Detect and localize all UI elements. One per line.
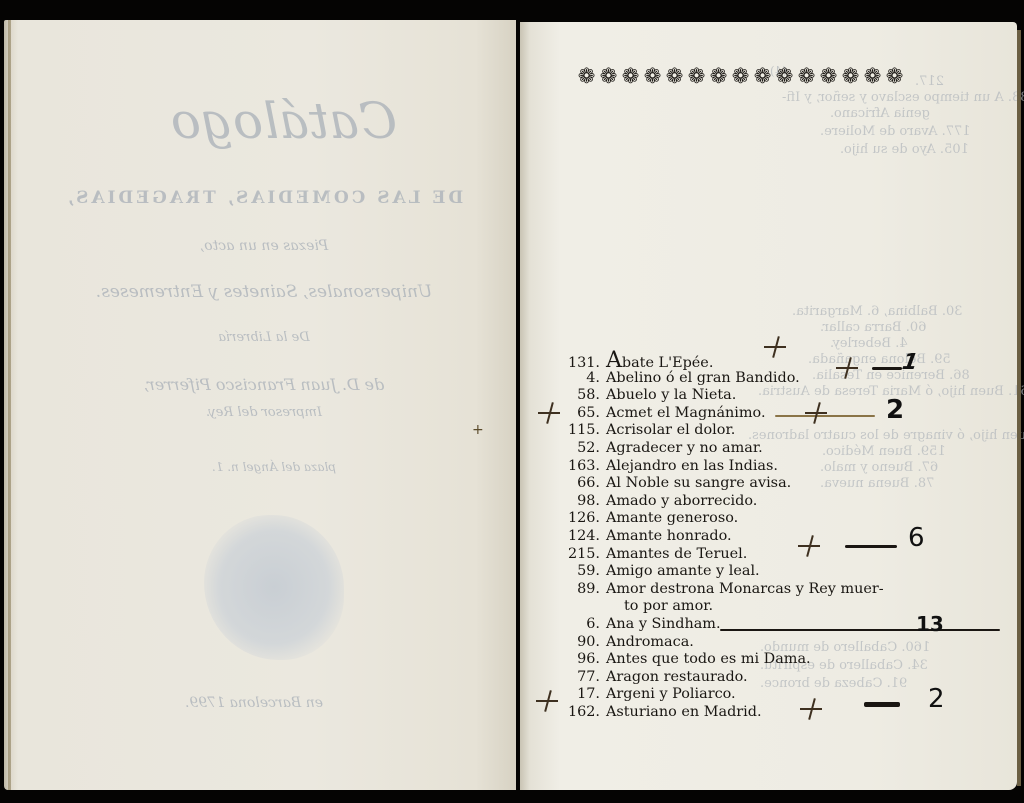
handwritten-cross-mark — [798, 535, 820, 557]
left-page: Catálogo DE LAS COMEDIAS, TRAGEDIAS, Pie… — [4, 20, 516, 790]
entry-number: 59. — [548, 563, 606, 581]
entry-number: 66. — [548, 475, 606, 493]
ghost-line-3: Piezas en un acto, — [144, 238, 384, 254]
left-margin-mark: + — [472, 422, 484, 438]
ghost-entry: genia Africano. — [830, 106, 930, 121]
entry-title: Abelino ó el gran Bandido. — [606, 370, 800, 388]
catalog-entry: 4.Abelino ó el gran Bandido. — [548, 370, 998, 388]
catalog-entry: 65.Acmet el Magnánimo. — [548, 405, 998, 423]
flower-ornament-icon: ❁ — [884, 66, 905, 87]
catalog-entry: 89.Amor destrona Monarcas y Rey muer- — [548, 581, 998, 599]
entry-title: Amigo amante y leal. — [606, 563, 760, 581]
ghost-subtitle: DE LAS COMEDIAS, TRAGEDIAS, — [54, 188, 474, 208]
handwritten-cross-mark — [800, 698, 822, 720]
handwritten-line-mark — [720, 629, 1000, 631]
catalog-entry: 215.Amantes de Teruel. — [548, 546, 998, 564]
entry-title: Amante honrado. — [606, 528, 732, 546]
ornament-border: ❁ ❁ ❁ ❁ ❁ ❁ ❁ ❁ ❁ ❁ ❁ ❁ ❁ ❁ ❁ — [576, 66, 905, 87]
handwritten-count: 6 — [908, 523, 925, 553]
entry-title: Amor destrona Monarcas y Rey muer- — [606, 581, 884, 599]
entry-title: Andromaca. — [606, 634, 694, 652]
handwritten-cross-mark — [836, 357, 858, 379]
flower-ornament-icon: ❁ — [686, 66, 707, 87]
handwritten-cross-mark — [805, 402, 827, 424]
entry-number: 77. — [548, 669, 606, 687]
flower-ornament-icon: ❁ — [642, 66, 663, 87]
entry-title: Acrisolar el dolor. — [606, 422, 735, 440]
entry-number: 163. — [548, 458, 606, 476]
entry-number: 115. — [548, 422, 606, 440]
entry-number: 4. — [548, 370, 606, 388]
ghost-entry: 177. Avaro de Moliere. — [820, 124, 971, 139]
ghost-title: Catálogo — [144, 92, 424, 150]
catalog-entry: 59.Amigo amante y leal. — [548, 563, 998, 581]
entry-number: 6. — [548, 616, 606, 634]
ghost-line-6: de D. Juan Francisco Piferrer, — [94, 375, 434, 394]
catalog-entry: 52.Agradecer y no amar. — [548, 440, 998, 458]
ghost-imprint: en Barcelona 1799. — [144, 695, 364, 711]
ghost-printer-vignette — [204, 515, 344, 660]
handwritten-count: 2 — [928, 684, 945, 714]
ghost-line-7: Impresor del Rey. — [164, 405, 364, 420]
entry-title: Abuelo y la Nieta. — [606, 387, 736, 405]
flower-ornament-icon: ❁ — [598, 66, 619, 87]
catalog-entry: 126.Amante generoso. — [548, 510, 998, 528]
catalog-entry: 124.Amante honrado. — [548, 528, 998, 546]
catalog-entry: 98.Amado y aborrecido. — [548, 493, 998, 511]
entry-number: 90. — [548, 634, 606, 652]
handwritten-cross-mark — [536, 690, 558, 712]
entry-number: 96. — [548, 651, 606, 669]
flower-ornament-icon: ❁ — [840, 66, 861, 87]
flower-ornament-icon: ❁ — [620, 66, 641, 87]
handwritten-cross-mark — [764, 336, 786, 358]
entry-title: Aragon restaurado. — [606, 669, 748, 687]
handwritten-dash-mark — [864, 702, 900, 707]
handwritten-count: 13 — [916, 612, 944, 636]
entry-title: Asturiano en Madrid. — [606, 704, 762, 722]
ghost-entry: 60. Barra callar. — [820, 320, 926, 335]
entry-title: Acmet el Magnánimo. — [606, 405, 766, 423]
ghost-entry: 105. Ayo de su hijo. — [840, 142, 969, 157]
entry-number: 98. — [548, 493, 606, 511]
catalog-entry: 96.Antes que todo es mi Dama. — [548, 651, 998, 669]
catalog-entry: 58.Abuelo y la Nieta. — [548, 387, 998, 405]
ghost-entry: 217. — [915, 74, 944, 89]
ghost-line-5: De la Librería — [184, 330, 344, 345]
entry-title: Amantes de Teruel. — [606, 546, 747, 564]
entry-title: Alejandro en las Indias. — [606, 458, 778, 476]
flower-ornament-icon: ❁ — [730, 66, 751, 87]
catalog-entry-list: 131.Abate L'Epée. 4.Abelino ó el gran Ba… — [548, 352, 998, 721]
entry-title: to por amor. — [606, 598, 713, 616]
entry-number: 89. — [548, 581, 606, 599]
catalog-entry: 163.Alejandro en las Indias. — [548, 458, 998, 476]
flower-ornament-icon: ❁ — [708, 66, 729, 87]
flower-ornament-icon: ❁ — [576, 66, 597, 87]
entry-title: Argeni y Poliarco. — [606, 686, 736, 704]
entry-title: Ana y Sindham. — [606, 616, 721, 634]
ghost-line-4: Unipersonales, Sainetes y Entremeses. — [84, 282, 444, 302]
handwritten-dash-mark — [845, 545, 897, 548]
entry-title: Amado y aborrecido. — [606, 493, 757, 511]
entry-title: Amante generoso. — [606, 510, 738, 528]
handwritten-dash-mark — [872, 367, 902, 370]
catalog-entry: 90.Andromaca. — [548, 634, 998, 652]
entry-title: Al Noble su sangre avisa. — [606, 475, 791, 493]
handwritten-count: 2 — [886, 395, 904, 425]
catalog-entry: 66.Al Noble su sangre avisa. — [548, 475, 998, 493]
ghost-entry: 30. Balbina, 6. Margarita. — [792, 304, 963, 319]
handwritten-cross-mark — [538, 402, 560, 424]
entry-title: Antes que todo es mi Dama. — [606, 651, 811, 669]
entry-number: 124. — [548, 528, 606, 546]
entry-number: 126. — [548, 510, 606, 528]
entry-number: 52. — [548, 440, 606, 458]
flower-ornament-icon: ❁ — [752, 66, 773, 87]
flower-ornament-icon: ❁ — [796, 66, 817, 87]
flower-ornament-icon: ❁ — [774, 66, 795, 87]
ghost-line-8: plaza del Ángel n. 1. — [184, 460, 364, 474]
flower-ornament-icon: ❁ — [862, 66, 883, 87]
entry-title: Agradecer y no amar. — [606, 440, 763, 458]
catalog-entry: 115.Acrisolar el dolor. — [548, 422, 998, 440]
entry-number: 215. — [548, 546, 606, 564]
ghost-entry: 83. A un tiempo esclavo y señor, y Ifi- — [782, 90, 1024, 105]
flower-ornament-icon: ❁ — [664, 66, 685, 87]
flower-ornament-icon: ❁ — [818, 66, 839, 87]
ghost-entry: 4. Beberley. — [830, 336, 908, 351]
